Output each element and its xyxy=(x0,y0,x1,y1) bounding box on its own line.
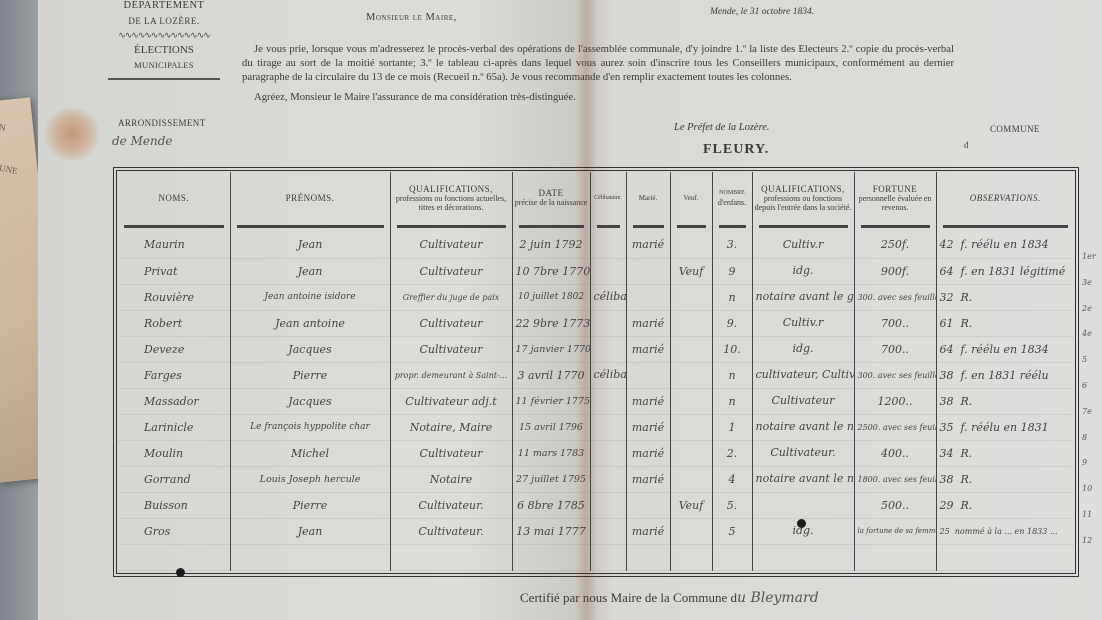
cell-qualification: Cultivateur. xyxy=(390,492,512,518)
table-row: Deveze Jacques Cultivateur 17 janvier 17… xyxy=(118,336,1074,362)
cell-nom: Buisson xyxy=(118,492,230,518)
cell-marie: marié xyxy=(626,388,670,414)
cell-prenom: Pierre xyxy=(230,492,390,518)
margin-number: 3e xyxy=(1082,278,1102,304)
cell-prenom: Jacques xyxy=(230,336,390,362)
cell-marie: marié xyxy=(626,310,670,336)
margin-number: 11 xyxy=(1082,510,1102,536)
cell-qualification-societe: notaire avant le notariat xyxy=(752,414,854,440)
cell-nom: Robert xyxy=(118,310,230,336)
margin-number: 9 xyxy=(1082,458,1102,484)
cell-marie xyxy=(626,362,670,388)
cell-observations: 25 nommé à la ... en 1833 ... xyxy=(936,518,1074,544)
cell-qualification: propr. demeurant à Saint-... xyxy=(390,362,512,388)
cell-qualification-societe: idg. xyxy=(752,258,854,284)
col-header-qualifications: QUALIFICATIONS,professions ou fonctions … xyxy=(390,172,512,222)
cell-observations: 32 R. xyxy=(936,284,1074,310)
table-row: Rouvière Jean antoine isidore Greffier d… xyxy=(118,284,1074,310)
department-title: DÉPARTEMENT xyxy=(108,0,220,11)
underlying-text: COMMUNE xyxy=(0,157,19,177)
cell-fortune: 1200.. xyxy=(854,388,936,414)
commune-value: d xyxy=(964,140,969,150)
cell-observations: 35 f. réélu en 1831 xyxy=(936,414,1074,440)
commune-label: COMMUNE xyxy=(990,124,1040,134)
cell-celibataire: célibataire xyxy=(590,362,626,388)
cell-veuf xyxy=(670,284,712,310)
margin-number: 2e xyxy=(1082,304,1102,330)
cell-observations: 64 f. réélu en 1834 xyxy=(936,336,1074,362)
cell-veuf xyxy=(670,518,712,544)
councillors-table: NOMS. PRÉNOMS. QUALIFICATIONS,profession… xyxy=(118,172,1074,571)
cell-nom: Massador xyxy=(118,388,230,414)
cell-fortune: 700.. xyxy=(854,336,936,362)
cell-fortune: 300. avec ses feuilles xyxy=(854,362,936,388)
cell-marie: marié xyxy=(626,414,670,440)
cell-qualification: Notaire xyxy=(390,466,512,492)
cell-qualification-societe: notaire avant le notariat ... cultivateu… xyxy=(752,466,854,492)
cell-veuf xyxy=(670,414,712,440)
margin-number: 1er xyxy=(1082,252,1102,278)
cell-marie xyxy=(626,284,670,310)
cell-qualification-societe: notaire avant le greffe xyxy=(752,284,854,310)
cell-celibataire xyxy=(590,336,626,362)
cell-nom: Larinicle xyxy=(118,414,230,440)
cell-date: 27 juillet 1795 xyxy=(512,466,590,492)
cell-qualification: Cultivateur adj.t xyxy=(390,388,512,414)
table-header-row: NOMS. PRÉNOMS. QUALIFICATIONS,profession… xyxy=(118,172,1074,222)
certification-handwritten: u Bleymard xyxy=(737,590,819,606)
cell-marie xyxy=(626,492,670,518)
cell-prenom: Jean xyxy=(230,258,390,284)
letter-closing: Agréez, Monsieur le Maire l'assurance de… xyxy=(242,90,954,104)
cell-enfants: 4 xyxy=(712,466,752,492)
cell-observations: 38 R. xyxy=(936,388,1074,414)
cell-observations: 64 f. en 1831 légitimé xyxy=(936,258,1074,284)
cell-nom: Gorrand xyxy=(118,466,230,492)
cell-nom: Farges xyxy=(118,362,230,388)
cell-qualification: Cultivateur xyxy=(390,258,512,284)
certification-line: Certifié par nous Maire de la Commune du… xyxy=(520,590,819,606)
cell-qualification: Cultivateur xyxy=(390,310,512,336)
signature-name: FLEURY. xyxy=(703,142,769,158)
cell-celibataire xyxy=(590,310,626,336)
cell-celibataire xyxy=(590,492,626,518)
cell-qualification: Cultivateur. xyxy=(390,518,512,544)
cell-fortune: 400.. xyxy=(854,440,936,466)
cell-marie: marié xyxy=(626,466,670,492)
cell-celibataire xyxy=(590,258,626,284)
cell-veuf: Veuf xyxy=(670,258,712,284)
cell-date: 15 avril 1796 xyxy=(512,414,590,440)
cell-fortune: 900f. xyxy=(854,258,936,284)
cell-qualification-societe: cultivateur, Cultiv.r et prop.re xyxy=(752,362,854,388)
col-header-marie: Marié. xyxy=(626,172,670,222)
cell-date: 3 avril 1770 xyxy=(512,362,590,388)
cell-veuf xyxy=(670,440,712,466)
cell-date: 22 9bre 1773 xyxy=(512,310,590,336)
cell-qualification-societe xyxy=(752,492,854,518)
cell-enfants: 9 xyxy=(712,258,752,284)
cell-date: 17 janvier 1770 xyxy=(512,336,590,362)
cell-veuf: Veuf xyxy=(670,492,712,518)
col-header-enfants: NOMBREd'enfans. xyxy=(712,172,752,222)
cell-fortune: 1800. avec ses feuilles xyxy=(854,466,936,492)
cell-veuf xyxy=(670,310,712,336)
cell-marie xyxy=(626,258,670,284)
cell-observations: 34 R. xyxy=(936,440,1074,466)
cell-prenom: Jean antoine isidore xyxy=(230,284,390,310)
cell-celibataire xyxy=(590,466,626,492)
cell-qualification: Cultivateur xyxy=(390,336,512,362)
stain xyxy=(44,108,100,160)
cell-prenom: Louis Joseph hercule xyxy=(230,466,390,492)
cell-enfants: 9. xyxy=(712,310,752,336)
cell-fortune: 500.. xyxy=(854,492,936,518)
cell-enfants: n xyxy=(712,388,752,414)
col-header-celibataire: Célibataire. xyxy=(590,172,626,222)
margin-number: 4e xyxy=(1082,329,1102,355)
table-row-empty xyxy=(118,544,1074,570)
margin-rank-numbers: 1er 3e 2e 4e 5 6 7e 8 9 10 11 12 xyxy=(1082,252,1102,562)
cell-observations: 29 R. xyxy=(936,492,1074,518)
col-header-date: DATEprécise de la naissance xyxy=(512,172,590,222)
cell-enfants: 5. xyxy=(712,492,752,518)
cell-prenom: Jean antoine xyxy=(230,310,390,336)
table-row: Larinicle Le françois hyppolite char Not… xyxy=(118,414,1074,440)
table-row: Massador Jacques Cultivateur adj.t 11 fé… xyxy=(118,388,1074,414)
margin-number: 6 xyxy=(1082,381,1102,407)
cell-prenom: Jean xyxy=(230,518,390,544)
col-header-prenoms: PRÉNOMS. xyxy=(230,172,390,222)
cell-qualification: Greffier du juge de paix xyxy=(390,284,512,310)
certification-text: Certifié par nous Maire de la Commune d xyxy=(520,590,737,605)
cell-nom: Privat xyxy=(118,258,230,284)
section-subtitle: MUNICIPALES xyxy=(108,60,220,70)
ornament: ∿∿∿∿∿∿∿∿∿∿∿∿∿∿ xyxy=(108,30,220,41)
table-row: Farges Pierre propr. demeurant à Saint-.… xyxy=(118,362,1074,388)
table-row: Privat Jean Cultivateur 10 7bre 1770 Veu… xyxy=(118,258,1074,284)
place-date: Mende, le 31 octobre 1834. xyxy=(710,7,814,17)
margin-number: 5 xyxy=(1082,355,1102,381)
table-row: Robert Jean antoine Cultivateur 22 9bre … xyxy=(118,310,1074,336)
col-header-observations: OBSERVATIONS. xyxy=(936,172,1074,222)
cell-nom: Deveze xyxy=(118,336,230,362)
col-header-fortune: FORTUNEpersonnelle évaluée en revenus. xyxy=(854,172,936,222)
cell-enfants: 10. xyxy=(712,336,752,362)
cell-prenom: Le françois hyppolite char xyxy=(230,414,390,440)
margin-number: 8 xyxy=(1082,433,1102,459)
cell-qualification-societe: idg. xyxy=(752,336,854,362)
table-row: Gros Jean Cultivateur. 13 mai 1777 marié… xyxy=(118,518,1074,544)
ink-blot xyxy=(176,568,185,577)
cell-date: 13 mai 1777 xyxy=(512,518,590,544)
cell-enfants: 1 xyxy=(712,414,752,440)
cell-qualification: Notaire, Maire xyxy=(390,414,512,440)
cell-enfants: n xyxy=(712,362,752,388)
cell-observations: 61 R. xyxy=(936,310,1074,336)
cell-nom: Rouvière xyxy=(118,284,230,310)
cell-celibataire xyxy=(590,440,626,466)
arrondissement-value: de Mende xyxy=(112,134,173,148)
cell-veuf xyxy=(670,388,712,414)
table-row: Gorrand Louis Joseph hercule Notaire 27 … xyxy=(118,466,1074,492)
cell-date: 11 mars 1783 xyxy=(512,440,590,466)
table-row: Moulin Michel Cultivateur 11 mars 1783 m… xyxy=(118,440,1074,466)
cell-fortune: 300. avec ses feuilles xyxy=(854,284,936,310)
cell-enfants: 5 xyxy=(712,518,752,544)
cell-prenom: Michel xyxy=(230,440,390,466)
cell-marie: marié xyxy=(626,336,670,362)
cell-celibataire xyxy=(590,414,626,440)
cell-date: 11 février 1775 xyxy=(512,388,590,414)
margin-number: 12 xyxy=(1082,536,1102,562)
letter-body: Je vous prie, lorsque vous m'adresserez … xyxy=(242,42,954,104)
cell-qualification: Cultivateur xyxy=(390,440,512,466)
cell-fortune: 700.. xyxy=(854,310,936,336)
cell-marie: marié xyxy=(626,518,670,544)
signature-title: Le Préfet de la Lozère. xyxy=(674,122,770,133)
col-header-noms: NOMS. xyxy=(118,172,230,222)
cell-veuf xyxy=(670,336,712,362)
divider xyxy=(108,78,220,80)
cell-nom: Moulin xyxy=(118,440,230,466)
salutation: Monsieur le Maire, xyxy=(366,12,457,23)
margin-number: 7e xyxy=(1082,407,1102,433)
cell-qualification-societe: Cultiv.r xyxy=(752,310,854,336)
cell-date: 10 7bre 1770 xyxy=(512,258,590,284)
letter-paragraph: Je vous prie, lorsque vous m'adresserez … xyxy=(242,42,954,84)
underlying-text: CAN xyxy=(0,119,7,133)
department-header: DÉPARTEMENT DE LA LOZÈRE. ∿∿∿∿∿∿∿∿∿∿∿∿∿∿… xyxy=(108,0,220,80)
cell-enfants: 2. xyxy=(712,440,752,466)
department-name: DE LA LOZÈRE. xyxy=(108,16,220,26)
cell-celibataire xyxy=(590,388,626,414)
cell-fortune: la fortune de sa femme... xyxy=(854,518,936,544)
cell-nom: Gros xyxy=(118,518,230,544)
cell-marie: marié xyxy=(626,440,670,466)
cell-date: 10 juillet 1802 xyxy=(512,284,590,310)
section-title: ÉLECTIONS xyxy=(108,44,220,56)
cell-veuf xyxy=(670,466,712,492)
cell-qualification-societe: Cultivateur. xyxy=(752,440,854,466)
cell-prenom: Jacques xyxy=(230,388,390,414)
margin-number: 10 xyxy=(1082,484,1102,510)
arrondissement-label: ARRONDISSEMENT xyxy=(118,118,206,128)
col-header-qualifications-societe: QUALIFICATIONS,professions ou fonctions … xyxy=(752,172,854,222)
cell-observations: 38 f. en 1831 réélu xyxy=(936,362,1074,388)
cell-fortune: 2500. avec ses feuilles xyxy=(854,414,936,440)
cell-qualification-societe: Cultivateur xyxy=(752,388,854,414)
cell-date: 6 8bre 1785 xyxy=(512,492,590,518)
cell-prenom: Pierre xyxy=(230,362,390,388)
cell-celibataire xyxy=(590,518,626,544)
ink-blot xyxy=(797,519,806,528)
cell-veuf xyxy=(670,362,712,388)
col-header-veuf: Veuf. xyxy=(670,172,712,222)
table-row: Buisson Pierre Cultivateur. 6 8bre 1785 … xyxy=(118,492,1074,518)
cell-observations: 38 R. xyxy=(936,466,1074,492)
cell-enfants: n xyxy=(712,284,752,310)
cell-celibataire: célibataire xyxy=(590,284,626,310)
